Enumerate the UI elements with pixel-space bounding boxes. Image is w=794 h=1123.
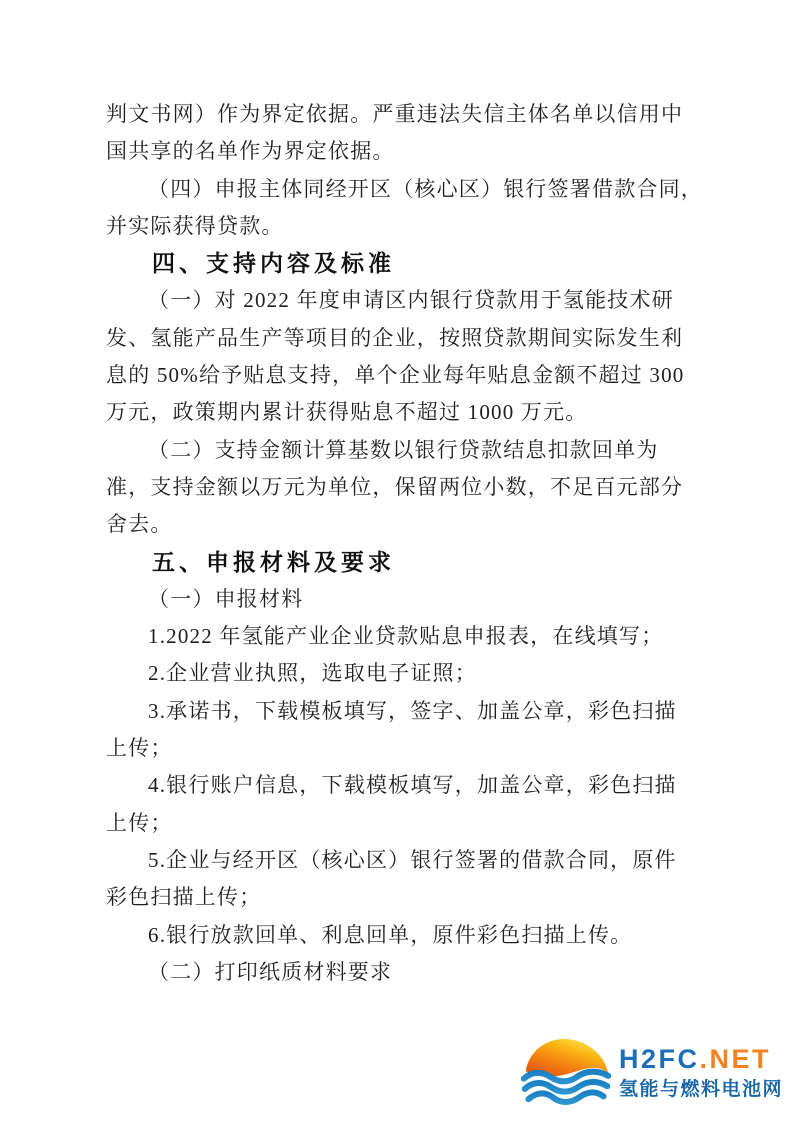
logo-site-name-primary: H2FC — [619, 1044, 700, 1074]
section-heading: 五、申报材料及要求 — [106, 544, 702, 581]
sun-wave-logo-icon — [521, 1033, 611, 1113]
logo-site-name-dot: . — [700, 1044, 710, 1074]
logo-text-block: H2FC.NET 氢能与燃料电池网 — [619, 1045, 783, 1101]
document-line: 5.企业与经开区（核心区）银行签署的借款合同，原件 — [106, 842, 702, 879]
document-line: 彩色扫描上传； — [106, 879, 702, 916]
document-line: 万元，政策期内累计获得贴息不超过 1000 万元。 — [106, 394, 702, 431]
document-line: 息的 50%给予贴息支持，单个企业每年贴息金额不超过 300 — [106, 357, 702, 394]
document-line: 判文书网）作为界定依据。严重违法失信主体名单以信用中 — [106, 96, 702, 133]
document-page: 判文书网）作为界定依据。严重违法失信主体名单以信用中国共享的名单作为界定依据。（… — [0, 0, 794, 1123]
document-line: 准，支持金额以万元为单位，保留两位小数，不足百元部分 — [106, 469, 702, 506]
document-line: （四）申报主体同经开区（核心区）银行签署借款合同， — [106, 171, 702, 208]
logo-site-name: H2FC.NET — [619, 1045, 783, 1074]
document-body: 判文书网）作为界定依据。严重违法失信主体名单以信用中国共享的名单作为界定依据。（… — [106, 96, 702, 991]
document-line: 发、氢能产品生产等项目的企业，按照贷款期间实际发生利 — [106, 320, 702, 357]
document-line: （一）对 2022 年度申请区内银行贷款用于氢能技术研 — [106, 282, 702, 319]
document-line: 舍去。 — [106, 506, 702, 543]
document-line: 6.银行放款回单、利息回单，原件彩色扫描上传。 — [106, 917, 702, 954]
document-line: 1.2022 年氢能产业企业贷款贴息申报表，在线填写； — [106, 618, 702, 655]
document-line: 3.承诺书，下载模板填写，签字、加盖公章，彩色扫描 — [106, 693, 702, 730]
document-line: 4.银行账户信息，下载模板填写，加盖公章，彩色扫描 — [106, 767, 702, 804]
document-line: （二）支持金额计算基数以银行贷款结息扣款回单为 — [106, 432, 702, 469]
document-line: 上传； — [106, 730, 702, 767]
section-heading: 四、支持内容及标准 — [106, 245, 702, 282]
document-line: 2.企业营业执照，选取电子证照； — [106, 655, 702, 692]
document-line: （二）打印纸质材料要求 — [106, 954, 702, 991]
document-line: 上传； — [106, 805, 702, 842]
document-line: 并实际获得贷款。 — [106, 208, 702, 245]
document-line: 国共享的名单作为界定依据。 — [106, 133, 702, 170]
logo-site-name-secondary: NET — [710, 1044, 772, 1074]
document-line: （一）申报材料 — [106, 581, 702, 618]
site-watermark-logo: H2FC.NET 氢能与燃料电池网 — [521, 1033, 783, 1113]
logo-tagline: 氢能与燃料电池网 — [619, 1074, 783, 1101]
